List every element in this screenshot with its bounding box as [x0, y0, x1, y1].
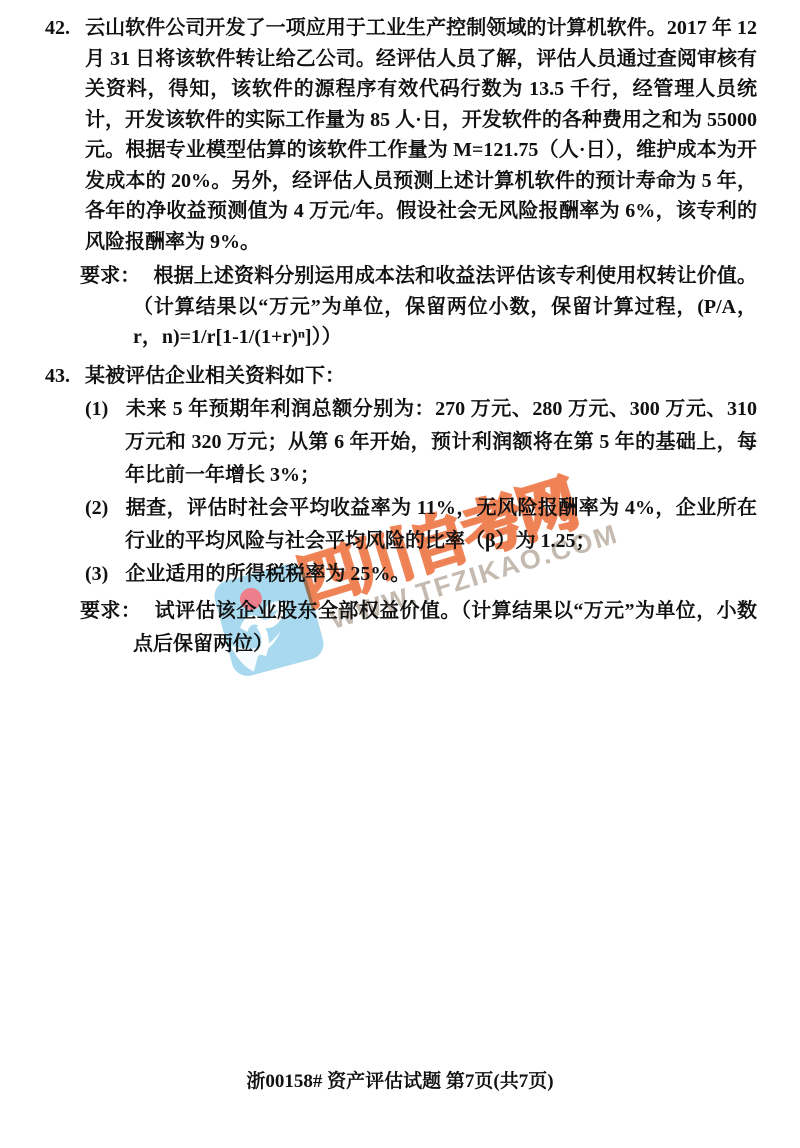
exam-content: 42. 云山软件公司开发了一项应用于工业生产控制领域的计算机软件。2017 年 … — [45, 13, 757, 661]
question-43-item-3-label: (3) — [85, 563, 108, 585]
question-43: 43. 某被评估企业相关资料如下： — [45, 360, 757, 393]
question-43-item-2-label: (2) — [85, 497, 108, 519]
question-43-requirement: 要求： 试评估该企业股东全部权益价值。（计算结果以“万元”为单位，小数点后保留两… — [45, 595, 757, 661]
question-43-item-2-text: 据查，评估时社会平均收益率为 11%，无风险报酬率为 4%，企业所在行业的平均风… — [125, 497, 757, 552]
question-42-requirement-text: 根据上述资料分别运用成本法和收益法评估该专利使用权转让价值。（计算结果以“万元”… — [133, 265, 757, 348]
question-42-body: 云山软件公司开发了一项应用于工业生产控制领域的计算机软件。2017 年 12 月… — [85, 17, 757, 253]
question-43-requirement-label: 要求： — [80, 600, 141, 622]
question-43-item-3-text: 企业适用的所得税税率为 25%。 — [125, 563, 410, 585]
question-43-requirement-text: 试评估该企业股东全部权益价值。（计算结果以“万元”为单位，小数点后保留两位） — [133, 600, 757, 655]
question-43-item-1-text: 未来 5 年预期年利润总额分别为：270 万元、280 万元、300 万元、31… — [125, 398, 757, 486]
question-43-item-1-label: (1) — [85, 398, 108, 420]
question-43-item-3: (3) 企业适用的所得税税率为 25%。 — [45, 558, 757, 591]
question-43-number: 43. — [45, 365, 70, 387]
exam-page: 四川自考网 WWW.TFZIKAO.COM 42. 云山软件公司开发了一项应用于… — [0, 0, 800, 1148]
page-footer: 浙00158# 资产评估试题 第7页(共7页) — [0, 1066, 800, 1093]
question-43-item-1: (1) 未来 5 年预期年利润总额分别为：270 万元、280 万元、300 万… — [45, 393, 757, 492]
question-42-requirement-label: 要求： — [80, 265, 140, 287]
question-42-requirement: 要求： 根据上述资料分别运用成本法和收益法评估该专利使用权转让价值。（计算结果以… — [45, 261, 757, 353]
question-42: 42. 云山软件公司开发了一项应用于工业生产控制领域的计算机软件。2017 年 … — [45, 13, 757, 257]
question-43-item-2: (2) 据查，评估时社会平均收益率为 11%，无风险报酬率为 4%，企业所在行业… — [45, 492, 757, 558]
question-43-intro: 某被评估企业相关资料如下： — [85, 365, 345, 387]
question-42-number: 42. — [45, 17, 70, 39]
